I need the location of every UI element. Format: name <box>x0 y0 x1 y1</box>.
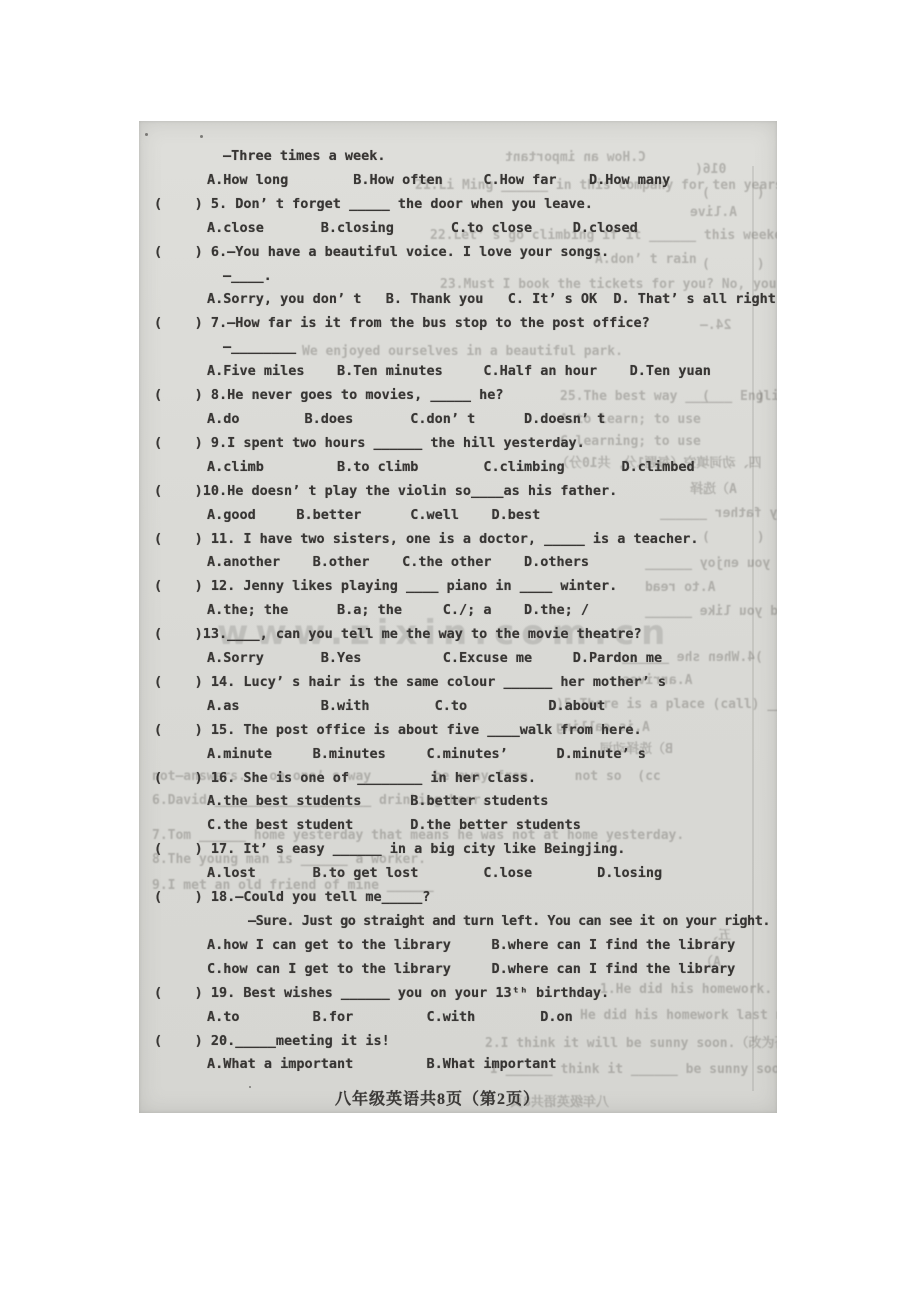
exam-line: ( ) 17. It’ s easy ______ in a big city … <box>154 838 777 862</box>
scan-speck <box>249 1086 251 1088</box>
exam-paper-page: C.How an important016(21.Li Ming ______ … <box>139 121 777 1113</box>
exam-line: ( ) 11. I have two sisters, one is a doc… <box>154 528 777 552</box>
exam-line: C.the best student D.the better students <box>207 814 777 838</box>
exam-line: ( ) 5. Don’ t forget _____ the door when… <box>154 193 777 217</box>
exam-line: A.another B.other C.the other D.others <box>207 551 777 575</box>
exam-line: ( ) 12. Jenny likes playing ____ piano i… <box>154 575 777 599</box>
exam-line: ( ) 6.—You have a beautiful voice. I lov… <box>154 241 777 265</box>
exam-line: A.how I can get to the library B.where c… <box>207 934 777 958</box>
exam-line: A.the best students B.better students <box>207 790 777 814</box>
exam-line: ( ) 8.He never goes to movies, _____ he? <box>154 384 777 408</box>
exam-line: ( ) 9.I spent two hours ______ the hill … <box>154 432 777 456</box>
exam-line: —Sure. Just go straight and turn left. Y… <box>248 910 777 934</box>
exam-line: A.climb B.to climb C.climbing D.climbed <box>207 456 777 480</box>
exam-line: A.How long B.How often C.How far D.How m… <box>207 169 777 193</box>
exam-line: ( ) 15. The post office is about five __… <box>154 719 777 743</box>
page-footer: 八年级英语共8页（第2页） <box>335 1086 540 1109</box>
exam-line: ( ) 19. Best wishes ______ you on your 1… <box>154 982 777 1006</box>
exam-line: A.Sorry, you don’ t B. Thank you C. It’ … <box>207 288 777 312</box>
scan-speck <box>200 135 203 138</box>
exam-line: ( )10.He doesn’ t play the violin so____… <box>154 480 777 504</box>
exam-line: A.good B.better C.well D.best <box>207 504 777 528</box>
exam-line: A.Five miles B.Ten minutes C.Half an hou… <box>207 360 777 384</box>
exam-line: ( ) 20._____meeting it is! <box>154 1030 777 1054</box>
exam-line: A.What a important B.What important <box>207 1053 777 1077</box>
exam-line: ( ) 16. She is one of ________ in her cl… <box>154 767 777 791</box>
exam-line: A.to B.for C.with D.on <box>207 1006 777 1030</box>
exam-line: A.Sorry B.Yes C.Excuse me D.Pardon me <box>207 647 777 671</box>
exam-lines: —Three times a week.A.How long B.How oft… <box>139 145 777 1077</box>
exam-line: ( ) 7.—How far is it from the bus stop t… <box>154 312 777 336</box>
exam-line: ( )13.____, can you tell me the way to t… <box>154 623 777 647</box>
exam-line: A.minute B.minutes C.minutes’ D.minute’ … <box>207 743 777 767</box>
exam-line: —____. <box>223 265 777 289</box>
exam-line: —Three times a week. <box>223 145 777 169</box>
exam-line: ( ) 14. Lucy’ s hair is the same colour … <box>154 671 777 695</box>
scan-speck <box>145 133 148 136</box>
exam-line: A.lost B.to get lost C.lose D.losing <box>207 862 777 886</box>
exam-line: A.as B.with C.to D.about <box>207 695 777 719</box>
exam-line: C.how can I get to the library D.where c… <box>207 958 777 982</box>
exam-line: A.the; the B.a; the C./; a D.the; / <box>207 599 777 623</box>
exam-line: —________ <box>223 336 777 360</box>
exam-line: A.do B.does C.don’ t D.doesn’ t <box>207 408 777 432</box>
exam-line: ( ) 18.—Could you tell me_____? <box>154 886 777 910</box>
scan-background: C.How an important016(21.Li Ming ______ … <box>0 0 920 1302</box>
exam-line: A.close B.closing C.to close D.closed <box>207 217 777 241</box>
